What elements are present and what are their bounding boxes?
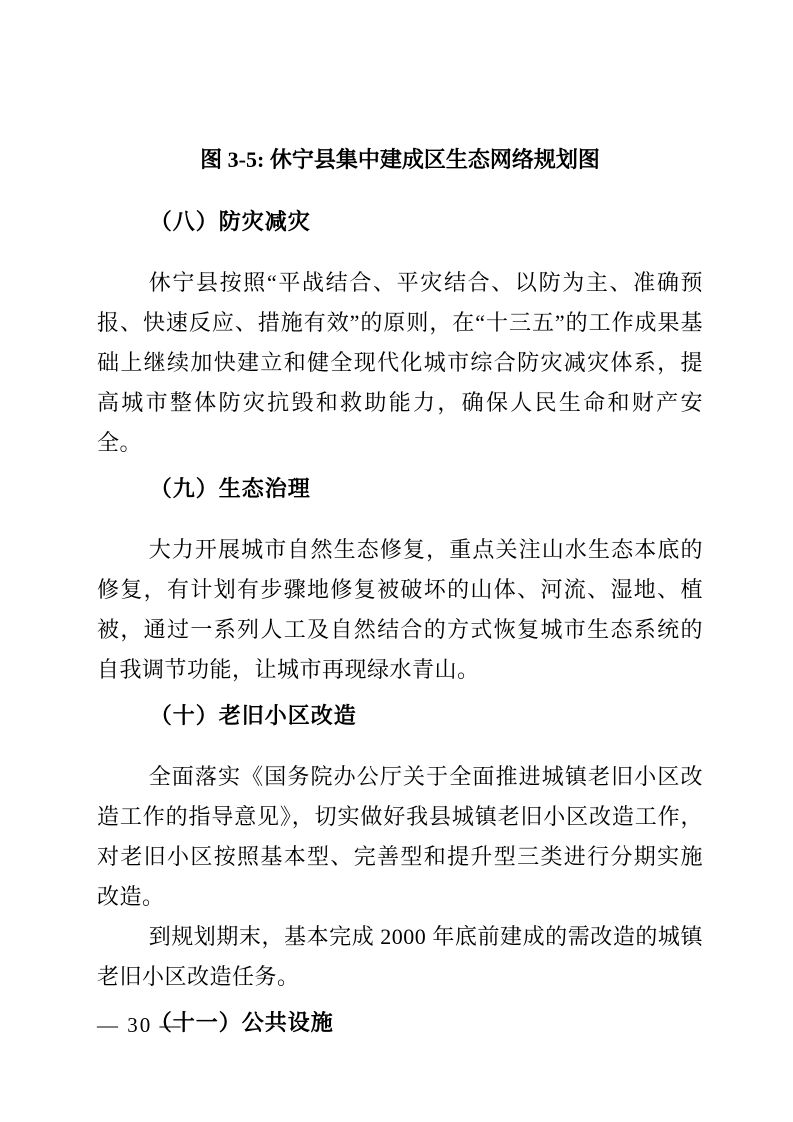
section-heading: （十一）公共设施: [97, 1003, 703, 1043]
section-heading: （十）老旧小区改造: [97, 696, 703, 736]
paragraph: 大力开展城市自然生态修复，重点关注山水生态本底的修复，有计划有步骤地修复被破坏的…: [97, 530, 703, 690]
figure-caption: 图 3-5: 休宁县集中建成区生态网络规划图: [97, 140, 703, 180]
section-heading: （八）防灾减灾: [97, 202, 703, 242]
paragraph: 到规划期末，基本完成 2000 年底前建成的需改造的城镇老旧小区改造任务。: [97, 917, 703, 997]
section-disaster-prevention: （八）防灾减灾 休宁县按照“平战结合、平灾结合、以防为主、准确预报、快速反应、措…: [97, 202, 703, 463]
page-number: — 30 —: [97, 1005, 183, 1045]
section-public-facilities: （十一）公共设施: [97, 1003, 703, 1043]
document-page: 图 3-5: 休宁县集中建成区生态网络规划图 （八）防灾减灾 休宁县按照“平战结…: [0, 0, 793, 1122]
section-old-district-renovation: （十）老旧小区改造 全面落实《国务院办公厅关于全面推进城镇老旧小区改造工作的指导…: [97, 696, 703, 997]
paragraph: 全面落实《国务院办公厅关于全面推进城镇老旧小区改造工作的指导意见》，切实做好我县…: [97, 757, 703, 917]
section-ecological-governance: （九）生态治理 大力开展城市自然生态修复，重点关注山水生态本底的修复，有计划有步…: [97, 469, 703, 690]
paragraph: 休宁县按照“平战结合、平灾结合、以防为主、准确预报、快速反应、措施有效”的原则，…: [97, 263, 703, 463]
section-heading: （九）生态治理: [97, 469, 703, 509]
